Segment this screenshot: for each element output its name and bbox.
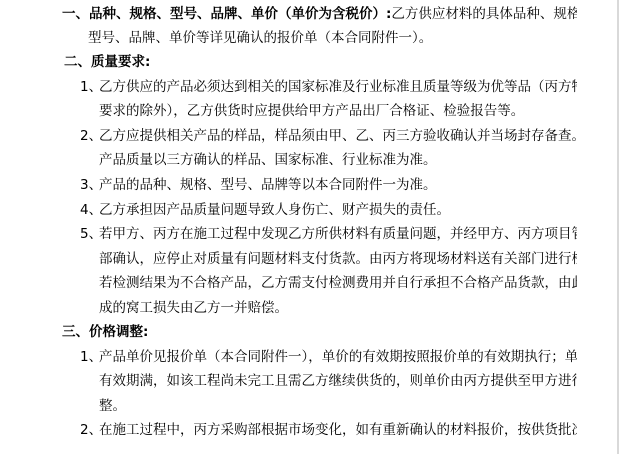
item-2-3-line-1: 产品的品种、规格、型号、品牌等以本合同附件一为准。 [99, 173, 577, 198]
item-3-2-number: 2、 [80, 418, 100, 443]
item-2-4-line-1: 乙方承担因产品质量问题导致人身伤亡、财产损失的责任。 [99, 198, 577, 223]
item-2-5-line-1: 若甲方、丙方在施工过程中发现乙方所供材料有质量问题，并经甲方、丙方项目管理 [99, 222, 577, 247]
item-2-5-number: 5、 [80, 222, 100, 247]
section-3-heading: 三、价格调整: [62, 320, 262, 345]
item-2-4-number: 4、 [80, 198, 100, 223]
document-page: 一、品种、规格、型号、品牌、单价（单价为含税价）:乙方供应材料的具体品种、规格、… [0, 0, 617, 454]
item-2-5-line-4: 成的窝工损失由乙方一并赔偿。 [99, 296, 577, 321]
item-3-1-number: 1、 [80, 345, 100, 370]
section-1-text: 乙方供应材料的具体品种、规格、 [391, 6, 577, 22]
item-2-5-line-2: 部确认，应停止对质量有问题材料支付货款。由丙方将现场材料送有关部门进行检测， [99, 247, 577, 272]
item-2-2-line-2: 产品质量以三方确认的样品、国家标准、行业标准为准。 [99, 148, 577, 173]
item-2-2-number: 2、 [80, 124, 100, 149]
item-2-3-number: 3、 [80, 173, 100, 198]
section-1-line-1: 一、品种、规格、型号、品牌、单价（单价为含税价）:乙方供应材料的具体品种、规格、 [62, 2, 577, 27]
item-2-2-line-1: 乙方应提供相关产品的样品，样品须由甲、乙、丙三方验收确认并当场封存备查。 [99, 124, 577, 149]
item-3-1-line-1: 产品单价见报价单（本合同附件一），单价的有效期按照报价单的有效期执行；单价 [99, 345, 577, 370]
item-3-1-line-2: 有效期满，如该工程尚未完工且需乙方继续供货的，则单价由丙方提供至甲方进行调 [99, 369, 577, 394]
item-2-5-line-3: 若检测结果为不合格产品，乙方需支付检测费用并自行承担不合格产品货款，由此造 [99, 271, 577, 296]
item-3-1-line-3: 整。 [99, 394, 577, 419]
item-2-1-line-2: 要求的除外），乙方供货时应提供给甲方产品出厂合格证、检验报告等。 [99, 99, 577, 124]
item-3-2-line-1: 在施工过程中，丙方采购部根据市场变化，如有重新确认的材料报价，按供货批次套 [99, 418, 577, 443]
section-1-heading: 一、品种、规格、型号、品牌、单价（单价为含税价）: [62, 6, 391, 22]
section-1-line-2: 型号、品牌、单价等详见确认的报价单（本合同附件一）。 [88, 26, 577, 51]
item-2-1-line-1: 乙方供应的产品必须达到相关的国家标准及行业标准且质量等级为优等品（丙方特殊 [99, 75, 577, 100]
section-2-heading: 二、质量要求: [64, 50, 264, 75]
item-2-1-number: 1、 [80, 75, 100, 100]
